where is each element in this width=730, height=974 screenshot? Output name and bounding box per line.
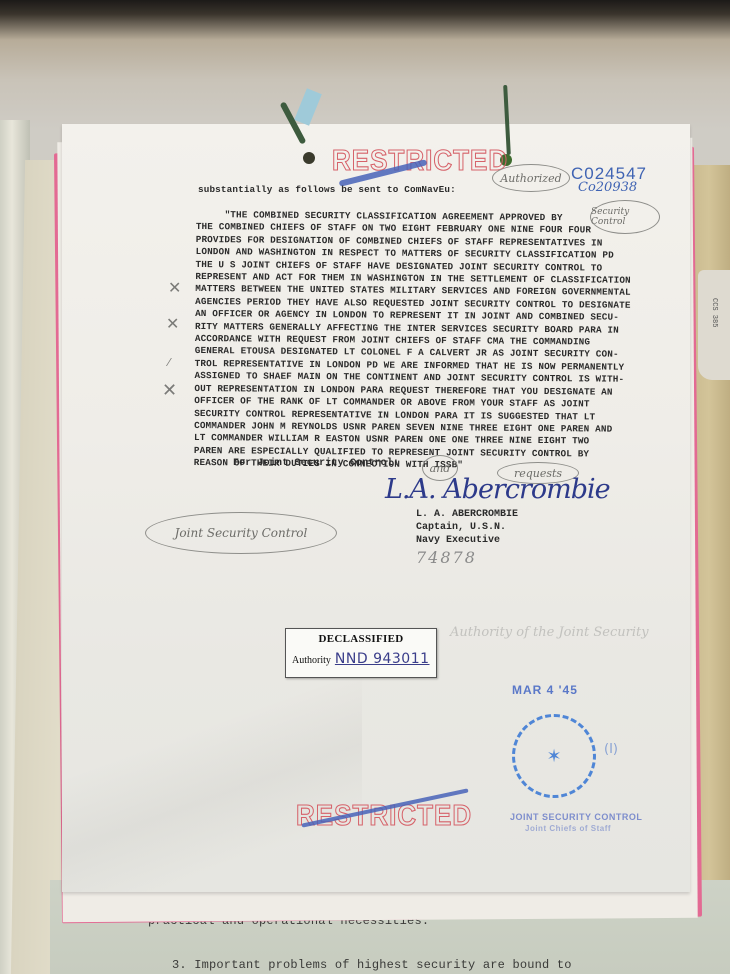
round-stamp-emblem-icon: ✶ [546, 746, 561, 767]
closing-line: For Joint Security Control: [233, 458, 399, 470]
pencil-joint-security-control-note: Joint Security Control [145, 512, 337, 554]
signature: L.A. Abercrombie [385, 474, 610, 505]
authority-label: Authority [292, 655, 331, 666]
date-stamp: MAR 4 '45 [512, 683, 578, 697]
handwritten-doc-number: Co20938 [578, 180, 637, 195]
right-tab-text: CCS 385 [710, 298, 718, 330]
declassified-title: DECLASSIFIED [286, 633, 436, 645]
smudged-stamp-line-1: JOINT SECURITY CONTROL [510, 812, 642, 822]
signatory-name: L. A. ABERCROMBIE [416, 508, 518, 521]
message-body: "THE COMBINED SECURITY CLASSIFICATION AG… [194, 209, 632, 473]
restricted-stamp-bottom: RESTRICTED [296, 798, 472, 832]
stamp-side-mark: (I) [604, 742, 618, 757]
pencil-file-number: 74878 [416, 548, 477, 567]
margin-x-mark-icon: ✕ [162, 380, 177, 401]
blue-binder-tab [294, 88, 322, 126]
margin-check-mark-icon: ⁄ [168, 356, 170, 369]
left-fastener-hole-icon [303, 152, 315, 164]
faint-pencil-note: Authority of the Joint Security [450, 625, 649, 640]
right-folder-tab: CCS 385 [698, 270, 730, 380]
signatory-rank: Captain, U.S.N. [416, 521, 518, 534]
declassified-label: DECLASSIFIED AuthorityNND 943011 [285, 628, 437, 678]
declassified-authority: AuthorityNND 943011 [292, 651, 436, 667]
round-receipt-stamp: ✶ [512, 714, 596, 798]
pencil-and-text: and [430, 462, 451, 475]
signature-block: L. A. ABERCROMBIE Captain, U.S.N. Navy E… [416, 508, 518, 547]
smudged-stamp-line-2: Joint Chiefs of Staff [525, 824, 611, 833]
margin-x-mark-icon: ✕ [168, 278, 181, 297]
margin-x-mark-icon: ✕ [166, 314, 179, 333]
pencil-jsc-text: Joint Security Control [175, 526, 308, 540]
authorized-note: Authorized [492, 164, 570, 192]
signatory-title: Navy Executive [416, 534, 518, 547]
authority-value: NND 943011 [335, 651, 430, 667]
authorized-note-text: Authorized [500, 172, 561, 185]
underlying-line-2: 3. Important problems of highest securit… [172, 958, 572, 972]
opening-line: substantially as follows be sent to ComN… [198, 184, 456, 196]
